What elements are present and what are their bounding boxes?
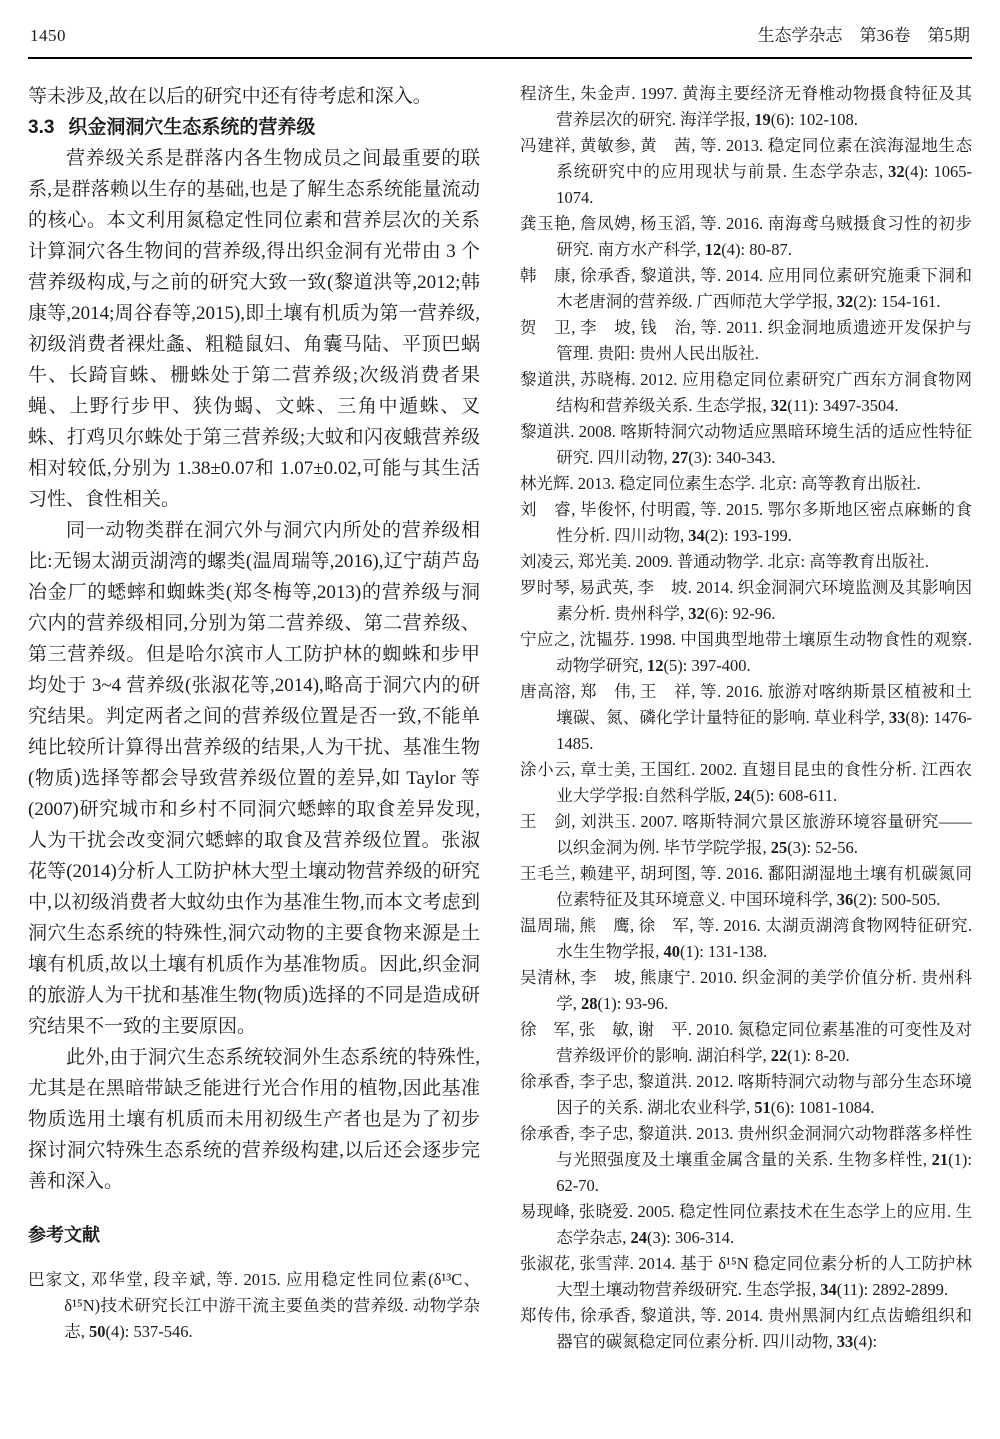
reference-item: 黎道洪, 苏晓梅. 2012. 应用稳定同位素研究广西东方洞食物网结构和营养级关…: [520, 367, 972, 419]
section-title: 织金洞洞穴生态系统的营养级: [68, 117, 315, 138]
reference-item: 徐承香, 李子忠, 黎道洪. 2012. 喀斯特洞穴动物与部分生态环境因子的关系…: [520, 1069, 972, 1121]
reference-list-left: 巴家文, 邓华堂, 段辛斌, 等. 2015. 应用稳定性同位素(δ¹³C、δ¹…: [28, 1267, 480, 1345]
reference-list-right: 程济生, 朱金声. 1997. 黄海主要经济无脊椎动物摄食特征及其营养层次的研究…: [520, 81, 972, 1355]
reference-volume: 34: [820, 1280, 837, 1299]
reference-item: 巴家文, 邓华堂, 段辛斌, 等. 2015. 应用稳定性同位素(δ¹³C、δ¹…: [28, 1267, 480, 1345]
journal-page: 1450 生态学杂志 第36卷 第5期 等未涉及,故在以后的研究中还有待考虑和深…: [0, 0, 1000, 1439]
left-column: 等未涉及,故在以后的研究中还有待考虑和深入。 3.3织金洞洞穴生态系统的营养级 …: [28, 81, 480, 1355]
reference-item: 易现峰, 张晓爱. 2005. 稳定性同位素技术在生态学上的应用. 生态学杂志,…: [520, 1199, 972, 1251]
reference-volume: 51: [754, 1098, 771, 1117]
reference-item: 贺 卫, 李 坡, 钱 治, 等. 2011. 织金洞地质遗迹开发保护与管理. …: [520, 315, 972, 367]
body-paragraph: 同一动物类群在洞穴外与洞穴内所处的营养级相比:无锡太湖贡湖湾的螺类(温周瑞等,2…: [28, 515, 480, 1042]
reference-volume: 32: [771, 396, 788, 415]
reference-volume: 33: [889, 708, 906, 727]
reference-item: 涂小云, 章士美, 王国红. 2002. 直翅目昆虫的食性分析. 江西农业大学学…: [520, 757, 972, 809]
reference-item: 唐高溶, 郑 伟, 王 祥, 等. 2016. 旅游对喀纳斯景区植被和土壤碳、氮…: [520, 679, 972, 757]
section-heading: 3.3织金洞洞穴生态系统的营养级: [28, 112, 480, 143]
reference-volume: 32: [688, 604, 705, 623]
reference-volume: 19: [754, 110, 771, 129]
reference-volume: 34: [688, 526, 705, 545]
reference-volume: 12: [705, 240, 722, 259]
reference-volume: 25: [771, 838, 788, 857]
reference-volume: 21: [932, 1150, 949, 1169]
journal-info: 生态学杂志 第36卷 第5期: [758, 24, 971, 48]
reference-item: 王 剑, 刘洪玉. 2007. 喀斯特洞穴景区旅游环境容量研究——以织金洞为例.…: [520, 809, 972, 861]
reference-item: 吴清林, 李 坡, 熊康宁. 2010. 织金洞的美学价值分析. 贵州科学, 2…: [520, 965, 972, 1017]
reference-volume: 28: [581, 994, 598, 1013]
reference-volume: 50: [89, 1322, 106, 1341]
reference-item: 韩 康, 徐承香, 黎道洪, 等. 2014. 应用同位素研究施秉下洞和木老唐洞…: [520, 263, 972, 315]
reference-volume: 36: [837, 890, 854, 909]
reference-item: 张淑花, 张雪萍. 2014. 基于 δ¹⁵N 稳定同位素分析的人工防护林大型土…: [520, 1251, 972, 1303]
references-heading: 参考文献: [28, 1223, 480, 1247]
reference-item: 黎道洪. 2008. 喀斯特洞穴动物适应黑暗环境生活的适应性特征研究. 四川动物…: [520, 419, 972, 471]
reference-item: 冯建祥, 黄敏参, 黄 茜, 等. 2013. 稳定同位素在滨海湿地生态系统研究…: [520, 133, 972, 211]
continued-paragraph: 等未涉及,故在以后的研究中还有待考虑和深入。: [28, 81, 480, 112]
reference-volume: 27: [672, 448, 689, 467]
reference-item: 刘凌云, 郑光美. 2009. 普通动物学. 北京: 高等教育出版社.: [520, 549, 972, 575]
reference-item: 徐 军, 张 敏, 谢 平. 2010. 氮稳定同位素基准的可变性及对营养级评价…: [520, 1017, 972, 1069]
reference-volume: 33: [837, 1332, 854, 1351]
header-rule: [28, 57, 972, 59]
reference-item: 罗时琴, 易武英, 李 坡. 2014. 织金洞洞穴环境监测及其影响因素分析. …: [520, 575, 972, 627]
body-paragraph: 营养级关系是群落内各生物成员之间最重要的联系,是群落赖以生存的基础,也是了解生态…: [28, 143, 480, 515]
reference-item: 郑传伟, 徐承香, 黎道洪, 等. 2014. 贵州黑洞内红点齿蟾组织和器官的碳…: [520, 1303, 972, 1355]
reference-volume: 32: [837, 292, 854, 311]
body-paragraph: 此外,由于洞穴生态系统较洞外生态系统的特殊性,尤其是在黑暗带缺乏能进行光合作用的…: [28, 1042, 480, 1197]
reference-item: 龚玉艳, 詹凤娉, 杨玉滔, 等. 2016. 南海鸢乌贼摄食习性的初步研究. …: [520, 211, 972, 263]
reference-volume: 24: [631, 1228, 648, 1247]
reference-volume: 40: [664, 942, 681, 961]
section-number: 3.3: [28, 117, 54, 138]
page-number: 1450: [30, 24, 66, 48]
reference-volume: 32: [888, 162, 905, 181]
reference-volume: 24: [734, 786, 751, 805]
reference-volume: 12: [647, 656, 664, 675]
reference-item: 林光辉. 2013. 稳定同位素生态学. 北京: 高等教育出版社.: [520, 471, 972, 497]
reference-item: 刘 睿, 毕俊怀, 付明霞, 等. 2015. 鄂尔多斯地区密点麻蜥的食性分析.…: [520, 497, 972, 549]
two-column-layout: 等未涉及,故在以后的研究中还有待考虑和深入。 3.3织金洞洞穴生态系统的营养级 …: [28, 81, 972, 1355]
body-paragraphs: 营养级关系是群落内各生物成员之间最重要的联系,是群落赖以生存的基础,也是了解生态…: [28, 143, 480, 1197]
reference-item: 王毛兰, 赖建平, 胡珂图, 等. 2016. 鄱阳湖湿地土壤有机碳氮同位素特征…: [520, 861, 972, 913]
reference-item: 徐承香, 李子忠, 黎道洪. 2013. 贵州织金洞洞穴动物群落多样性与光照强度…: [520, 1121, 972, 1199]
reference-volume: 22: [771, 1046, 788, 1065]
reference-item: 程济生, 朱金声. 1997. 黄海主要经济无脊椎动物摄食特征及其营养层次的研究…: [520, 81, 972, 133]
right-column: 程济生, 朱金声. 1997. 黄海主要经济无脊椎动物摄食特征及其营养层次的研究…: [520, 81, 972, 1355]
page-header: 1450 生态学杂志 第36卷 第5期: [28, 20, 972, 48]
reference-item: 温周瑞, 熊 鹰, 徐 军, 等. 2016. 太湖贡湖湾食物网特征研究. 水生…: [520, 913, 972, 965]
reference-item: 宁应之, 沈韫芬. 1998. 中国典型地带土壤原生动物食性的观察. 动物学研究…: [520, 627, 972, 679]
